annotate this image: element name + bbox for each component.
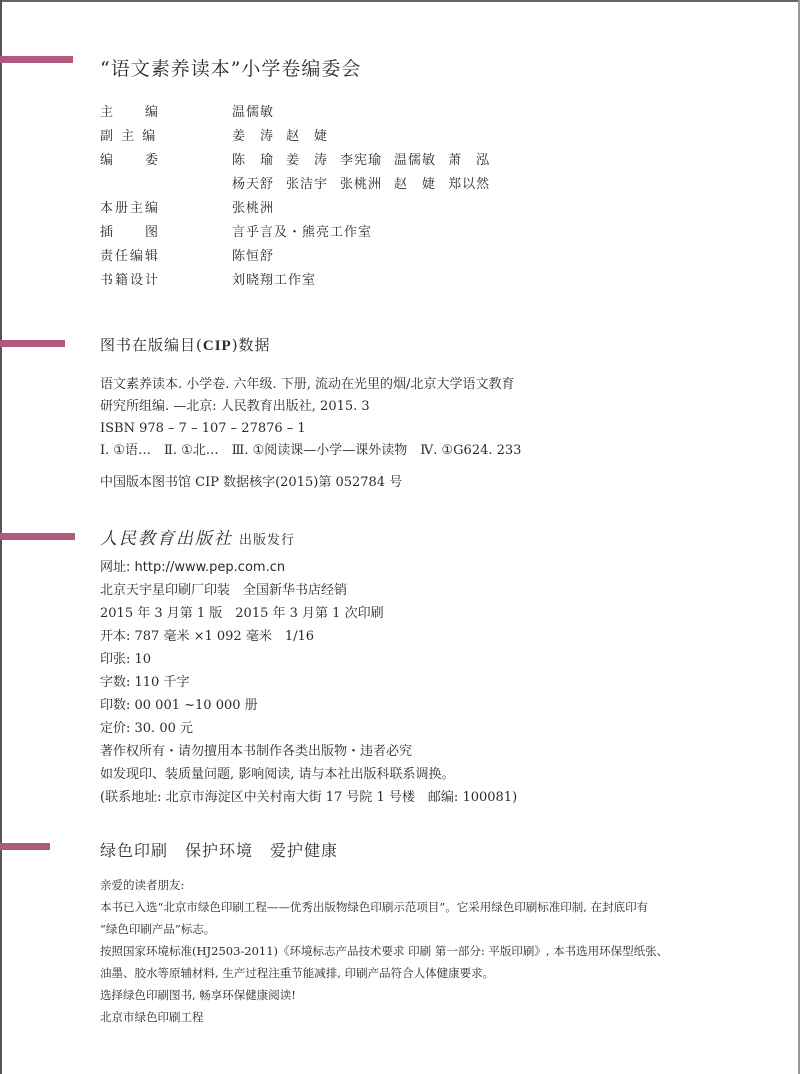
- credit-name: 郑以然: [448, 173, 490, 192]
- cip-data: 语文素养读本. 小学卷. 六年级. 下册, 流动在光里的烟/北京大学语文教育 研…: [100, 374, 521, 494]
- greeting: 亲爱的读者朋友:: [100, 874, 668, 896]
- publisher-logo: 人民教育出版社: [100, 529, 233, 549]
- credit-row-volume-editor: 本册主编 张桃洲: [100, 194, 490, 218]
- credit-name: 陈 瑜: [232, 149, 274, 168]
- credit-row-book-design: 书籍设计 刘晓翔工作室: [100, 266, 490, 290]
- cip-title-suffix: )数据: [232, 336, 271, 354]
- green-paragraph-line: 按照国家环境标准(HJ2503-2011)《环境标志产品技术要求 印刷 第一部分…: [100, 940, 668, 962]
- accent-bar-publisher: [0, 533, 75, 540]
- printer-info: 北京天宇星印刷厂印装 全国新华书店经销: [100, 579, 517, 602]
- credit-label: 本册主编: [100, 197, 232, 216]
- credit-name: 张洁宇: [286, 173, 328, 192]
- credit-label: 书籍设计: [100, 269, 232, 288]
- editorial-credits: 主 编 温儒敏 副 主 编 姜 涛 赵 婕 编 委 陈 瑜 姜 涛 李宪瑜 温儒…: [100, 98, 490, 290]
- sheets-info: 印张: 10: [100, 648, 517, 671]
- credit-label: 责任编辑: [100, 245, 232, 264]
- edition-info: 2015 年 3 月第 1 版 2015 年 3 月第 1 次印刷: [100, 602, 517, 625]
- publisher-heading: 人民教育出版社出版发行: [100, 524, 295, 549]
- credit-name: 赵 婕: [286, 125, 328, 144]
- publisher-url[interactable]: 网址: http://www.pep.com.cn: [100, 556, 517, 579]
- credit-name: 温儒敏: [232, 101, 274, 120]
- credit-name: 言乎言及・熊亮工作室: [232, 221, 372, 240]
- credit-name: 张桃洲: [340, 173, 382, 192]
- accent-bar-cip: [0, 340, 65, 347]
- print-run: 印数: 00 001 ~10 000 册: [100, 694, 517, 717]
- credit-row-responsible-editor: 责任编辑 陈恒舒: [100, 242, 490, 266]
- credit-label: 编 委: [100, 149, 232, 168]
- credit-label: 副 主 编: [100, 125, 232, 144]
- isbn: ISBN 978 – 7 – 107 – 27876 – 1: [100, 418, 521, 440]
- price: 定价: 30. 00 元: [100, 717, 517, 740]
- green-paragraph-line: 油墨、胶水等原辅材料, 生产过程注重节能减排, 印刷产品符合人体健康要求。: [100, 962, 668, 984]
- cip-line: 研究所组编. —北京: 人民教育出版社, 2015. 3: [100, 396, 521, 418]
- credit-row-illustration: 插 图 言乎言及・熊亮工作室: [100, 218, 490, 242]
- credit-label: 插 图: [100, 221, 232, 240]
- green-printing-title: 绿色印刷 保护环境 爱护健康: [100, 838, 338, 861]
- editorial-board-title: “语文素养读本”小学卷编委会: [100, 54, 361, 81]
- credit-name: 陈恒舒: [232, 245, 274, 264]
- credit-row-committee: 编 委 陈 瑜 姜 涛 李宪瑜 温儒敏 萧 泓: [100, 146, 490, 170]
- cip-line: 语文素养读本. 小学卷. 六年级. 下册, 流动在光里的烟/北京大学语文教育: [100, 374, 521, 396]
- cip-verification: 中国版本图书馆 CIP 数据核字(2015)第 052784 号: [100, 472, 521, 494]
- cip-title-bold: CIP: [203, 338, 232, 354]
- accent-bar-green: [0, 843, 50, 850]
- green-slogan: 选择绿色印刷图书, 畅享环保健康阅读!: [100, 984, 668, 1006]
- copyright-notice: 著作权所有・请勿擅用本书制作各类出版物・违者必究: [100, 740, 517, 763]
- credit-name: 赵 婕: [394, 173, 436, 192]
- credit-row-committee-cont: 杨天舒 张洁宇 张桃洲 赵 婕 郑以然: [100, 170, 490, 194]
- credit-row-deputy-editor: 副 主 编 姜 涛 赵 婕: [100, 122, 490, 146]
- publisher-info: 网址: http://www.pep.com.cn 北京天宇星印刷厂印装 全国新…: [100, 556, 517, 809]
- cip-title-prefix: 图书在版编目(: [100, 336, 203, 354]
- credit-name: 张桃洲: [232, 197, 274, 216]
- green-paragraph-line: 本书已入选“北京市绿色印刷工程——优秀出版物绿色印刷示范项目”。它采用绿色印刷标…: [100, 896, 668, 918]
- quality-notice: 如发现印、装质量问题, 影响阅读, 请与本社出版科联系调换。: [100, 763, 517, 786]
- classification: Ⅰ. ①语… Ⅱ. ①北… Ⅲ. ①阅读课—小学—课外读物 Ⅳ. ①G624. …: [100, 440, 521, 462]
- credit-name: 杨天舒: [232, 173, 274, 192]
- credit-name: 温儒敏: [394, 149, 436, 168]
- accent-bar-editorial: [0, 56, 73, 63]
- credit-row-chief-editor: 主 编 温儒敏: [100, 98, 490, 122]
- contact-address: (联系地址: 北京市海淀区中关村南大街 17 号院 1 号楼 邮编: 10008…: [100, 786, 517, 809]
- publisher-logo-suffix: 出版发行: [239, 533, 295, 548]
- format-info: 开本: 787 毫米 ×1 092 毫米 1/16: [100, 625, 517, 648]
- credit-name: 姜 涛: [232, 125, 274, 144]
- word-count: 字数: 110 千字: [100, 671, 517, 694]
- cip-title: 图书在版编目(CIP)数据: [100, 334, 271, 355]
- green-printing-text: 亲爱的读者朋友: 本书已入选“北京市绿色印刷工程——优秀出版物绿色印刷示范项目”…: [100, 874, 668, 1028]
- credit-name: 刘晓翔工作室: [232, 269, 316, 288]
- green-paragraph-line: “绿色印刷产品”标志。: [100, 918, 668, 940]
- green-signature: 北京市绿色印刷工程: [100, 1006, 668, 1028]
- page-border-top: [0, 0, 800, 2]
- credit-label: 主 编: [100, 101, 232, 120]
- credit-name: 李宪瑜: [340, 149, 382, 168]
- credit-name: 姜 涛: [286, 149, 328, 168]
- credit-name: 萧 泓: [448, 149, 490, 168]
